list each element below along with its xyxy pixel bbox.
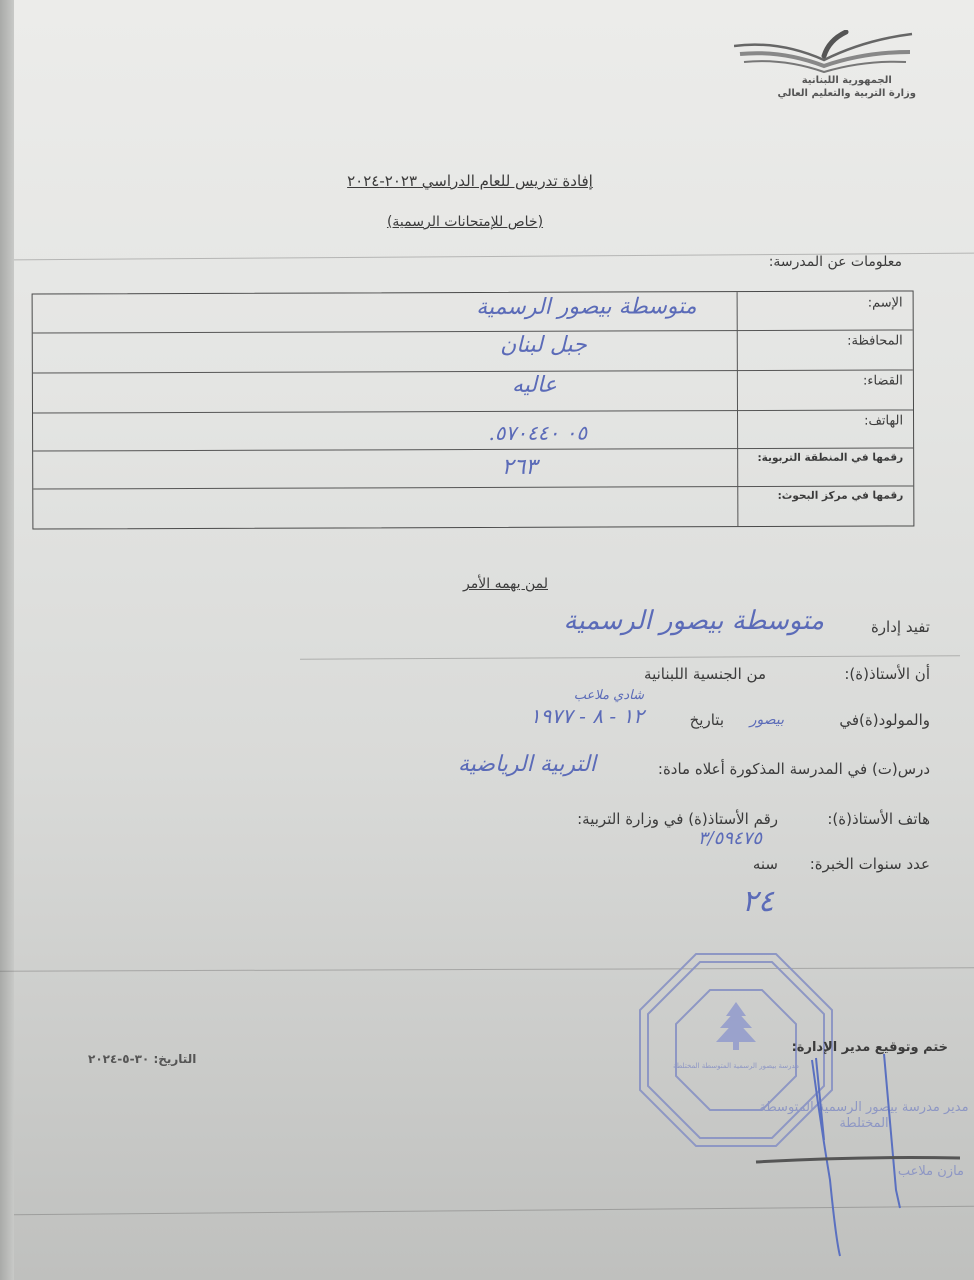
document-title: إفادة تدريس للعام الدراسي ٢٠٢٣-٢٠٢٤ [310,172,630,190]
date-prefix: بتاريخ [690,711,724,729]
table-row-governorate: المحافظة: جبل لبنان [33,329,913,373]
teacher-phone-label: هاتف الأستاذ(ة): [827,810,930,828]
experience-label: عدد سنوات الخبرة: [810,855,930,873]
row-label: الإسم: [737,291,913,330]
region-number-value: ٢٦٣ [33,448,737,488]
book-logo-icon [734,30,914,80]
birth-place-value: بيصور [750,712,784,728]
row-label: رقمها في مركز البحوث: [737,485,913,526]
country-name: الجمهورية اللبنانية [778,74,916,87]
phone-value: ٠٥ ٥٧٠٤٤٠. [33,410,737,450]
date-label: التاريخ: [153,1052,196,1066]
experience-unit: سنه [753,855,778,873]
row-label: رقمها في المنطقة التربوية: [737,447,913,486]
ministry-header: الجمهورية اللبنانية وزارة التربية والتعل… [778,74,916,100]
date-field: التاريخ: ٣٠-٥-٢٠٢٤ [88,1052,196,1066]
teacher-name-value: شادي ملاعب [574,688,644,703]
research-number-value [33,486,737,528]
nationality-text: من الجنسية اللبنانية [644,665,766,683]
subject-value: التربية الرياضية [458,752,596,777]
teacher-prefix: أن الأستاذ(ة): [844,665,930,683]
administration-prefix: تفيد إدارة [871,618,930,636]
table-row-research-number: رقمها في مركز البحوث: [33,485,913,528]
ministry-name: وزارة التربية والتعليم العالي [778,87,916,100]
district-value: عاليه [33,370,737,412]
teacher-number-label: رقم الأستاذ(ة) في وزارة التربية: [577,810,778,828]
administration-value: متوسطة بيصور الرسمية [564,606,825,636]
school-info-label: معلومات عن المدرسة: [769,254,902,270]
to-whom-heading: لمن يهمه الأمر [463,576,548,592]
table-row-region-number: رقمها في المنطقة التربوية: ٢٦٣ [33,447,913,489]
experience-value: ٢٤ [742,884,774,919]
paper-edge [0,0,14,1280]
document-subtitle: (خاص للإمتحانات الرسمية) [360,214,570,230]
table-row-district: القضاء: عاليه [33,369,913,413]
birth-date-value: ١٢ - ٨ - ١٩٧٧ [530,704,644,728]
born-prefix: والمولود(ة)في [839,711,930,729]
teacher-number-value: ٣/٥٩٤٧٥ [698,828,762,849]
school-info-table: الإسم: متوسطة بيصور الرسمية المحافظة: جب… [32,290,915,529]
row-label: المحافظة: [737,329,913,370]
fold-line [300,655,960,659]
taught-prefix: درس(ت) في المدرسة المذكورة أعلاه مادة: [658,760,930,778]
governorate-value: جبل لبنان [33,330,737,372]
table-row-phone: الهاتف: ٠٥ ٥٧٠٤٤٠. [33,409,913,451]
signature [740,1040,974,1280]
school-name-value: متوسطة بيصور الرسمية [33,292,737,332]
table-row-name: الإسم: متوسطة بيصور الرسمية [33,291,913,333]
date-value: ٣٠-٥-٢٠٢٤ [88,1052,149,1066]
row-label: الهاتف: [737,409,913,448]
row-label: القضاء: [737,369,913,410]
